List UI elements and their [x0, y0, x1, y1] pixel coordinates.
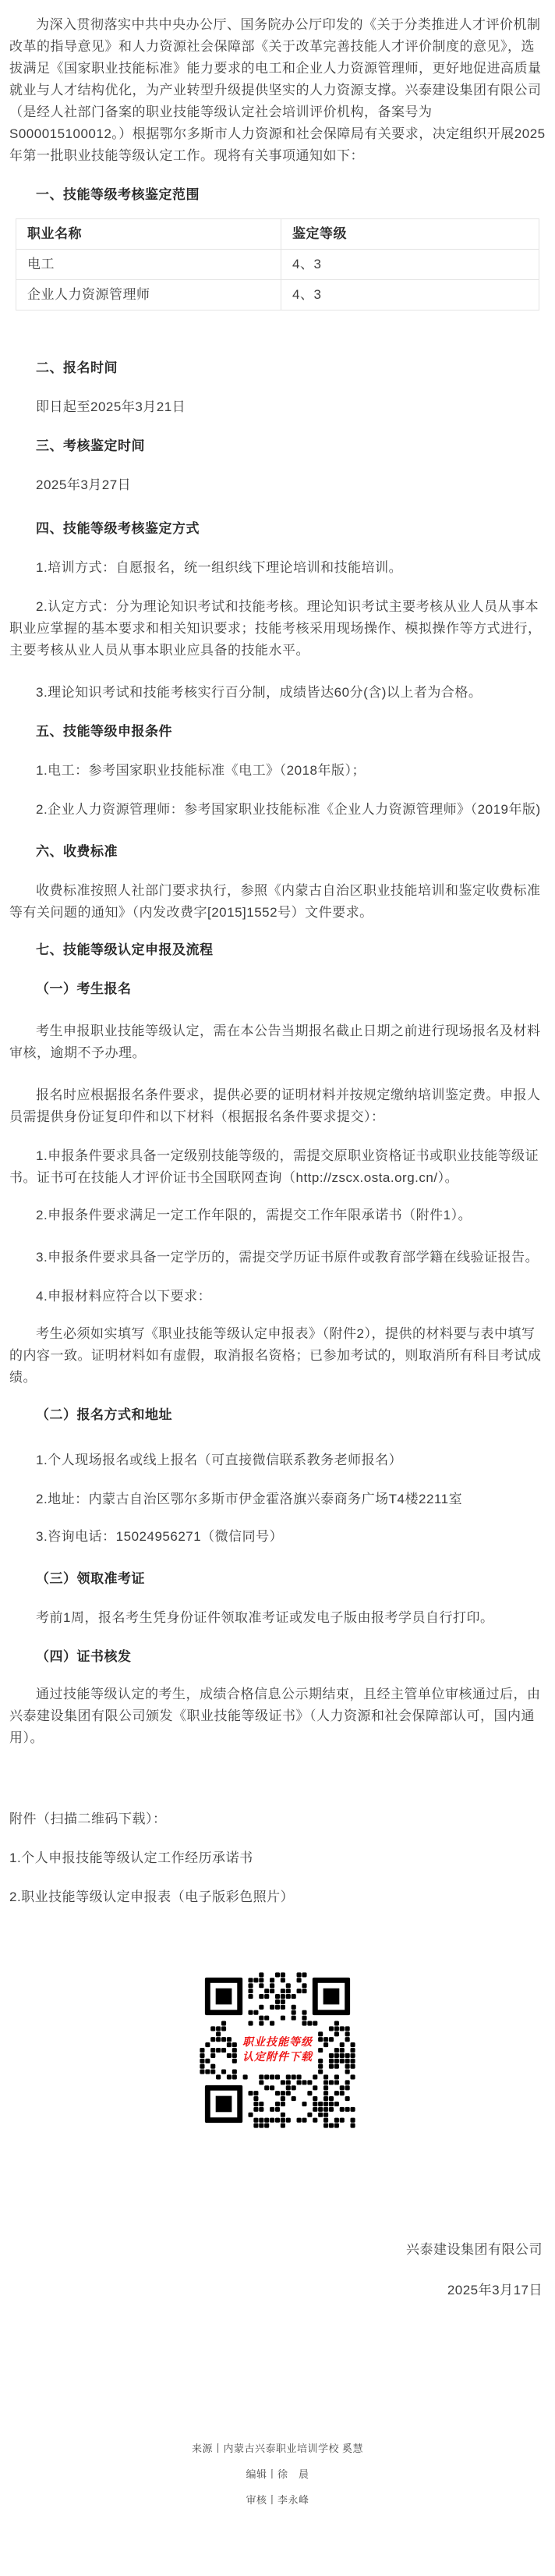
- section6-heading: 六、收费标准: [9, 841, 546, 863]
- intro-paragraph: 为深入贯彻落实中共中央办公厅、国务院办公厅印发的《关于分类推进人才评价机制改革的…: [9, 14, 546, 167]
- sub1-paragraph: 考生申报职业技能等级认定，需在本公告当期报名截止日期之前进行现场报名及材料审核，…: [9, 1020, 546, 1064]
- sub1-paragraph: 2.申报条件要求满足一定工作年限的，需提交工作年限承诺书（附件1）。: [9, 1205, 546, 1226]
- sub1-paragraph: 1.申报条件要求具备一定级别技能等级的，需提交原职业资格证书或职业技能等级证书。…: [9, 1145, 546, 1189]
- occupation-cell: 企业人力资源管理师: [16, 280, 281, 310]
- table-row: 电工 4、3: [16, 250, 539, 280]
- footer-editor: 编辑丨徐 晨: [9, 2468, 546, 2482]
- sub4-heading: （四）证书核发: [9, 1646, 546, 1668]
- section4-heading: 四、技能等级考核鉴定方式: [9, 518, 546, 540]
- attachments-intro: 附件（扫描二维码下载）：: [9, 1808, 546, 1830]
- article-body: 为深入贯彻落实中共中央办公厅、国务院办公厅印发的《关于分类推进人才评价机制改革的…: [0, 0, 555, 2534]
- issue-date: 2025年3月17日: [9, 2280, 543, 2301]
- section3-heading: 三、考核鉴定时间: [9, 435, 546, 457]
- attachment-download-qr-code: 职业技能等级 认定附件下载: [200, 1972, 355, 2128]
- section2-heading: 二、报名时间: [9, 357, 546, 379]
- qr-label-line1: 职业技能等级: [200, 2035, 355, 2050]
- section1-heading: 一、技能等级考核鉴定范围: [9, 184, 546, 206]
- signature-block: 兴泰建设集团有限公司 2025年3月17日: [9, 2239, 546, 2301]
- section4-item: 1.培训方式：自愿报名，统一组织线下理论培训和技能培训。: [9, 557, 546, 579]
- sub3-heading: （三）领取准考证: [9, 1568, 546, 1590]
- sub1-paragraph: 报名时应根据报名条件要求，提供必要的证明材料并按规定缴纳培训鉴定费。申报人员需提…: [9, 1084, 546, 1128]
- section4-item: 2.认定方式：分为理论知识考试和技能考核。理论知识考试主要考核从业人员从事本职业…: [9, 596, 546, 662]
- section5-item: 2.企业人力资源管理师：参考国家职业技能标准《企业人力资源管理师》（2019年版…: [9, 799, 546, 821]
- table-row: 企业人力资源管理师 4、3: [16, 280, 539, 310]
- attachments-section: 附件（扫描二维码下载）： 1.个人申报技能等级认定工作经历承诺书 2.职业技能等…: [9, 1808, 546, 1908]
- level-cell: 4、3: [281, 280, 539, 310]
- table-header-level: 鉴定等级: [281, 219, 539, 250]
- sub2-paragraph: 2.地址：内蒙古自治区鄂尔多斯市伊金霍洛旗兴泰商务广场T4楼2211室: [9, 1488, 546, 1510]
- assessment-time: 2025年3月27日: [9, 474, 546, 496]
- section4-item: 3.理论知识考试和技能考核实行百分制，成绩皆达60分(含)以上者为合格。: [9, 682, 546, 704]
- sub3-paragraph: 考前1周，报名考生凭身份证件领取准考证或发电子版由报考学员自行打印。: [9, 1607, 546, 1629]
- attachment-item: 1.个人申报技能等级认定工作经历承诺书: [9, 1847, 546, 1869]
- contact-phone: 3.咨询电话：15024956271（微信同号）: [9, 1526, 546, 1548]
- fee-standard-paragraph: 收费标准按照人社部门要求执行，参照《内蒙古自治区职业技能培训和鉴定收费标准等有关…: [9, 880, 546, 924]
- level-cell: 4、3: [281, 250, 539, 280]
- sub2-heading: （二）报名方式和地址: [9, 1404, 546, 1426]
- attachment-item: 2.职业技能等级认定申报表（电子版彩色照片）: [9, 1886, 546, 1908]
- sub1-heading: （一）考生报名: [9, 978, 546, 1000]
- sub4-paragraph: 通过技能等级认定的考生，成绩合格信息公示期结束，且经主管单位审核通过后，由兴泰建…: [9, 1684, 546, 1749]
- table-header-row: 职业名称 鉴定等级: [16, 219, 539, 250]
- issuing-organization: 兴泰建设集团有限公司: [9, 2239, 543, 2261]
- sub1-paragraph: 3.申报条件要求具备一定学历的，需提交学历证书原件或教育部学籍在线验证报告。: [9, 1247, 546, 1268]
- footer-reviewer: 审核丨李永峰: [9, 2493, 546, 2507]
- section5-heading: 五、技能等级申报条件: [9, 721, 546, 743]
- occupation-cell: 电工: [16, 250, 281, 280]
- sub1-paragraph: 考生必须如实填写《职业技能等级认定申报表》（附件2），提供的材料要与表中填写的内…: [9, 1323, 546, 1389]
- table-header-occupation: 职业名称: [16, 219, 281, 250]
- qr-code-label: 职业技能等级 认定附件下载: [200, 2035, 355, 2065]
- qualification-table: 职业名称 鉴定等级 电工 4、3 企业人力资源管理师 4、3: [16, 218, 539, 310]
- footer-source: 来源丨内蒙古兴泰职业培训学校 奚慧: [9, 2442, 546, 2456]
- section7-heading: 七、技能等级认定申报及流程: [9, 939, 546, 961]
- qr-label-line2: 认定附件下载: [200, 2050, 355, 2065]
- section5-item: 1.电工：参考国家职业技能标准《电工》（2018年版）；: [9, 760, 546, 782]
- article-footer: 来源丨内蒙古兴泰职业培训学校 奚慧 编辑丨徐 晨 审核丨李永峰: [9, 2442, 546, 2507]
- article-page: { "page": { "background": "#ffffff", "bo…: [0, 0, 555, 2576]
- registration-time: 即日起至2025年3月21日: [9, 396, 546, 418]
- qr-code-container: 职业技能等级 认定附件下载: [9, 1972, 546, 2128]
- sub1-paragraph: 4.申报材料应符合以下要求：: [9, 1286, 546, 1308]
- sub2-paragraph: 1.个人现场报名或线上报名（可直接微信联系教务老师报名）: [9, 1449, 546, 1471]
